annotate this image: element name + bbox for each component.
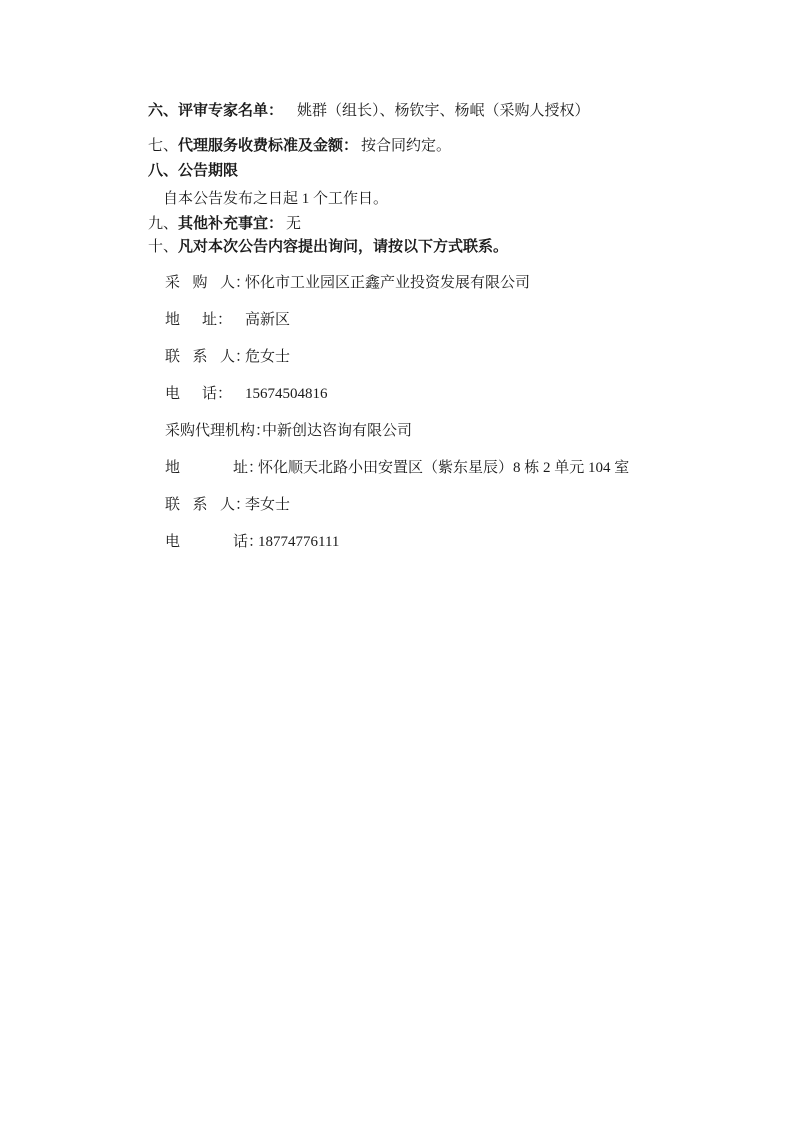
contact-label-box: 采购人： — [165, 274, 245, 293]
contact-label: 联系人 — [165, 496, 235, 515]
section-heading: 代理服务收费标准及金额： — [178, 138, 358, 154]
section-number: 九、 — [148, 216, 178, 232]
contact-value: 危女士 — [245, 349, 290, 365]
contact-value: 18774776111 — [258, 534, 339, 550]
section-number: 八、 — [148, 163, 178, 179]
contact-label: 电话 — [165, 385, 217, 404]
section-heading: 评审专家名单： — [178, 103, 283, 119]
contact-value: 怀化顺天北路小田安置区（紫东星辰）8 栋 2 单元 104 室 — [258, 460, 629, 476]
section-value: 无 — [286, 216, 301, 232]
section-heading: 凡对本次公告内容提出询问，请按以下方式联系。 — [178, 239, 508, 255]
contact-label: 联系人 — [165, 348, 235, 367]
contact-colon: ： — [217, 386, 232, 402]
contact-row-purchaser-person: 联系人：危女士 — [148, 348, 728, 367]
section-announcement-period: 八、公告期限 — [148, 162, 728, 181]
contact-label-box: 采购代理机构： — [165, 422, 262, 441]
contact-label: 地址 — [165, 311, 217, 330]
contact-colon: ： — [217, 312, 232, 328]
section-value: 按合同约定。 — [361, 138, 451, 154]
contact-label-box: 电话： — [165, 533, 258, 552]
contact-value: 15674504816 — [245, 386, 328, 402]
contact-row-purchaser: 采购人：怀化市工业园区正鑫产业投资发展有限公司 — [148, 274, 728, 293]
contact-row-purchaser-address: 地址：高新区 — [148, 311, 728, 330]
section-expert-list: 六、评审专家名单：姚群（组长）、杨钦宇、杨岷（采购人授权） — [148, 102, 728, 121]
contact-value: 怀化市工业园区正鑫产业投资发展有限公司 — [245, 275, 530, 291]
contact-label: 电话 — [165, 533, 248, 552]
section-value: 姚群（组长）、杨钦宇、杨岷（采购人授权） — [297, 103, 590, 119]
contact-row-purchaser-phone: 电话：15674504816 — [148, 385, 728, 404]
contact-label-box: 电话： — [165, 385, 245, 404]
contact-value: 高新区 — [245, 312, 290, 328]
section-other-matters: 九、其他补充事宜：无 — [148, 215, 728, 234]
section-number: 七、 — [148, 138, 178, 154]
contact-value: 中新创达咨询有限公司 — [262, 423, 412, 439]
contact-row-agency-address: 地址：怀化顺天北路小田安置区（紫东星辰）8 栋 2 单元 104 室 — [148, 459, 728, 478]
section-contact-notice: 十、凡对本次公告内容提出询问，请按以下方式联系。 — [148, 238, 728, 257]
contact-label-box: 地址： — [165, 459, 258, 478]
contact-label-box: 地址： — [165, 311, 245, 330]
section-agency-fee: 七、代理服务收费标准及金额：按合同约定。 — [148, 137, 728, 156]
section-number: 十、 — [148, 239, 178, 255]
contact-row-agency-person: 联系人：李女士 — [148, 496, 728, 515]
contact-label-box: 联系人： — [165, 496, 245, 515]
contact-label: 采购代理机构 — [165, 422, 255, 441]
section-number: 六、 — [148, 103, 178, 119]
announcement-period-body: 自本公告发布之日起 1 个工作日。 — [148, 190, 728, 209]
contact-label: 采购人 — [165, 274, 235, 293]
section-heading: 公告期限 — [178, 163, 238, 179]
contact-label-box: 联系人： — [165, 348, 245, 367]
contact-row-agency-phone: 电话：18774776111 — [148, 533, 728, 552]
section-heading: 其他补充事宜： — [178, 216, 283, 232]
contact-value: 李女士 — [245, 497, 290, 513]
contact-row-agency: 采购代理机构：中新创达咨询有限公司 — [148, 422, 728, 441]
announcement-document: 六、评审专家名单：姚群（组长）、杨钦宇、杨岷（采购人授权） 七、代理服务收费标准… — [148, 102, 728, 552]
contact-label: 地址 — [165, 459, 248, 478]
